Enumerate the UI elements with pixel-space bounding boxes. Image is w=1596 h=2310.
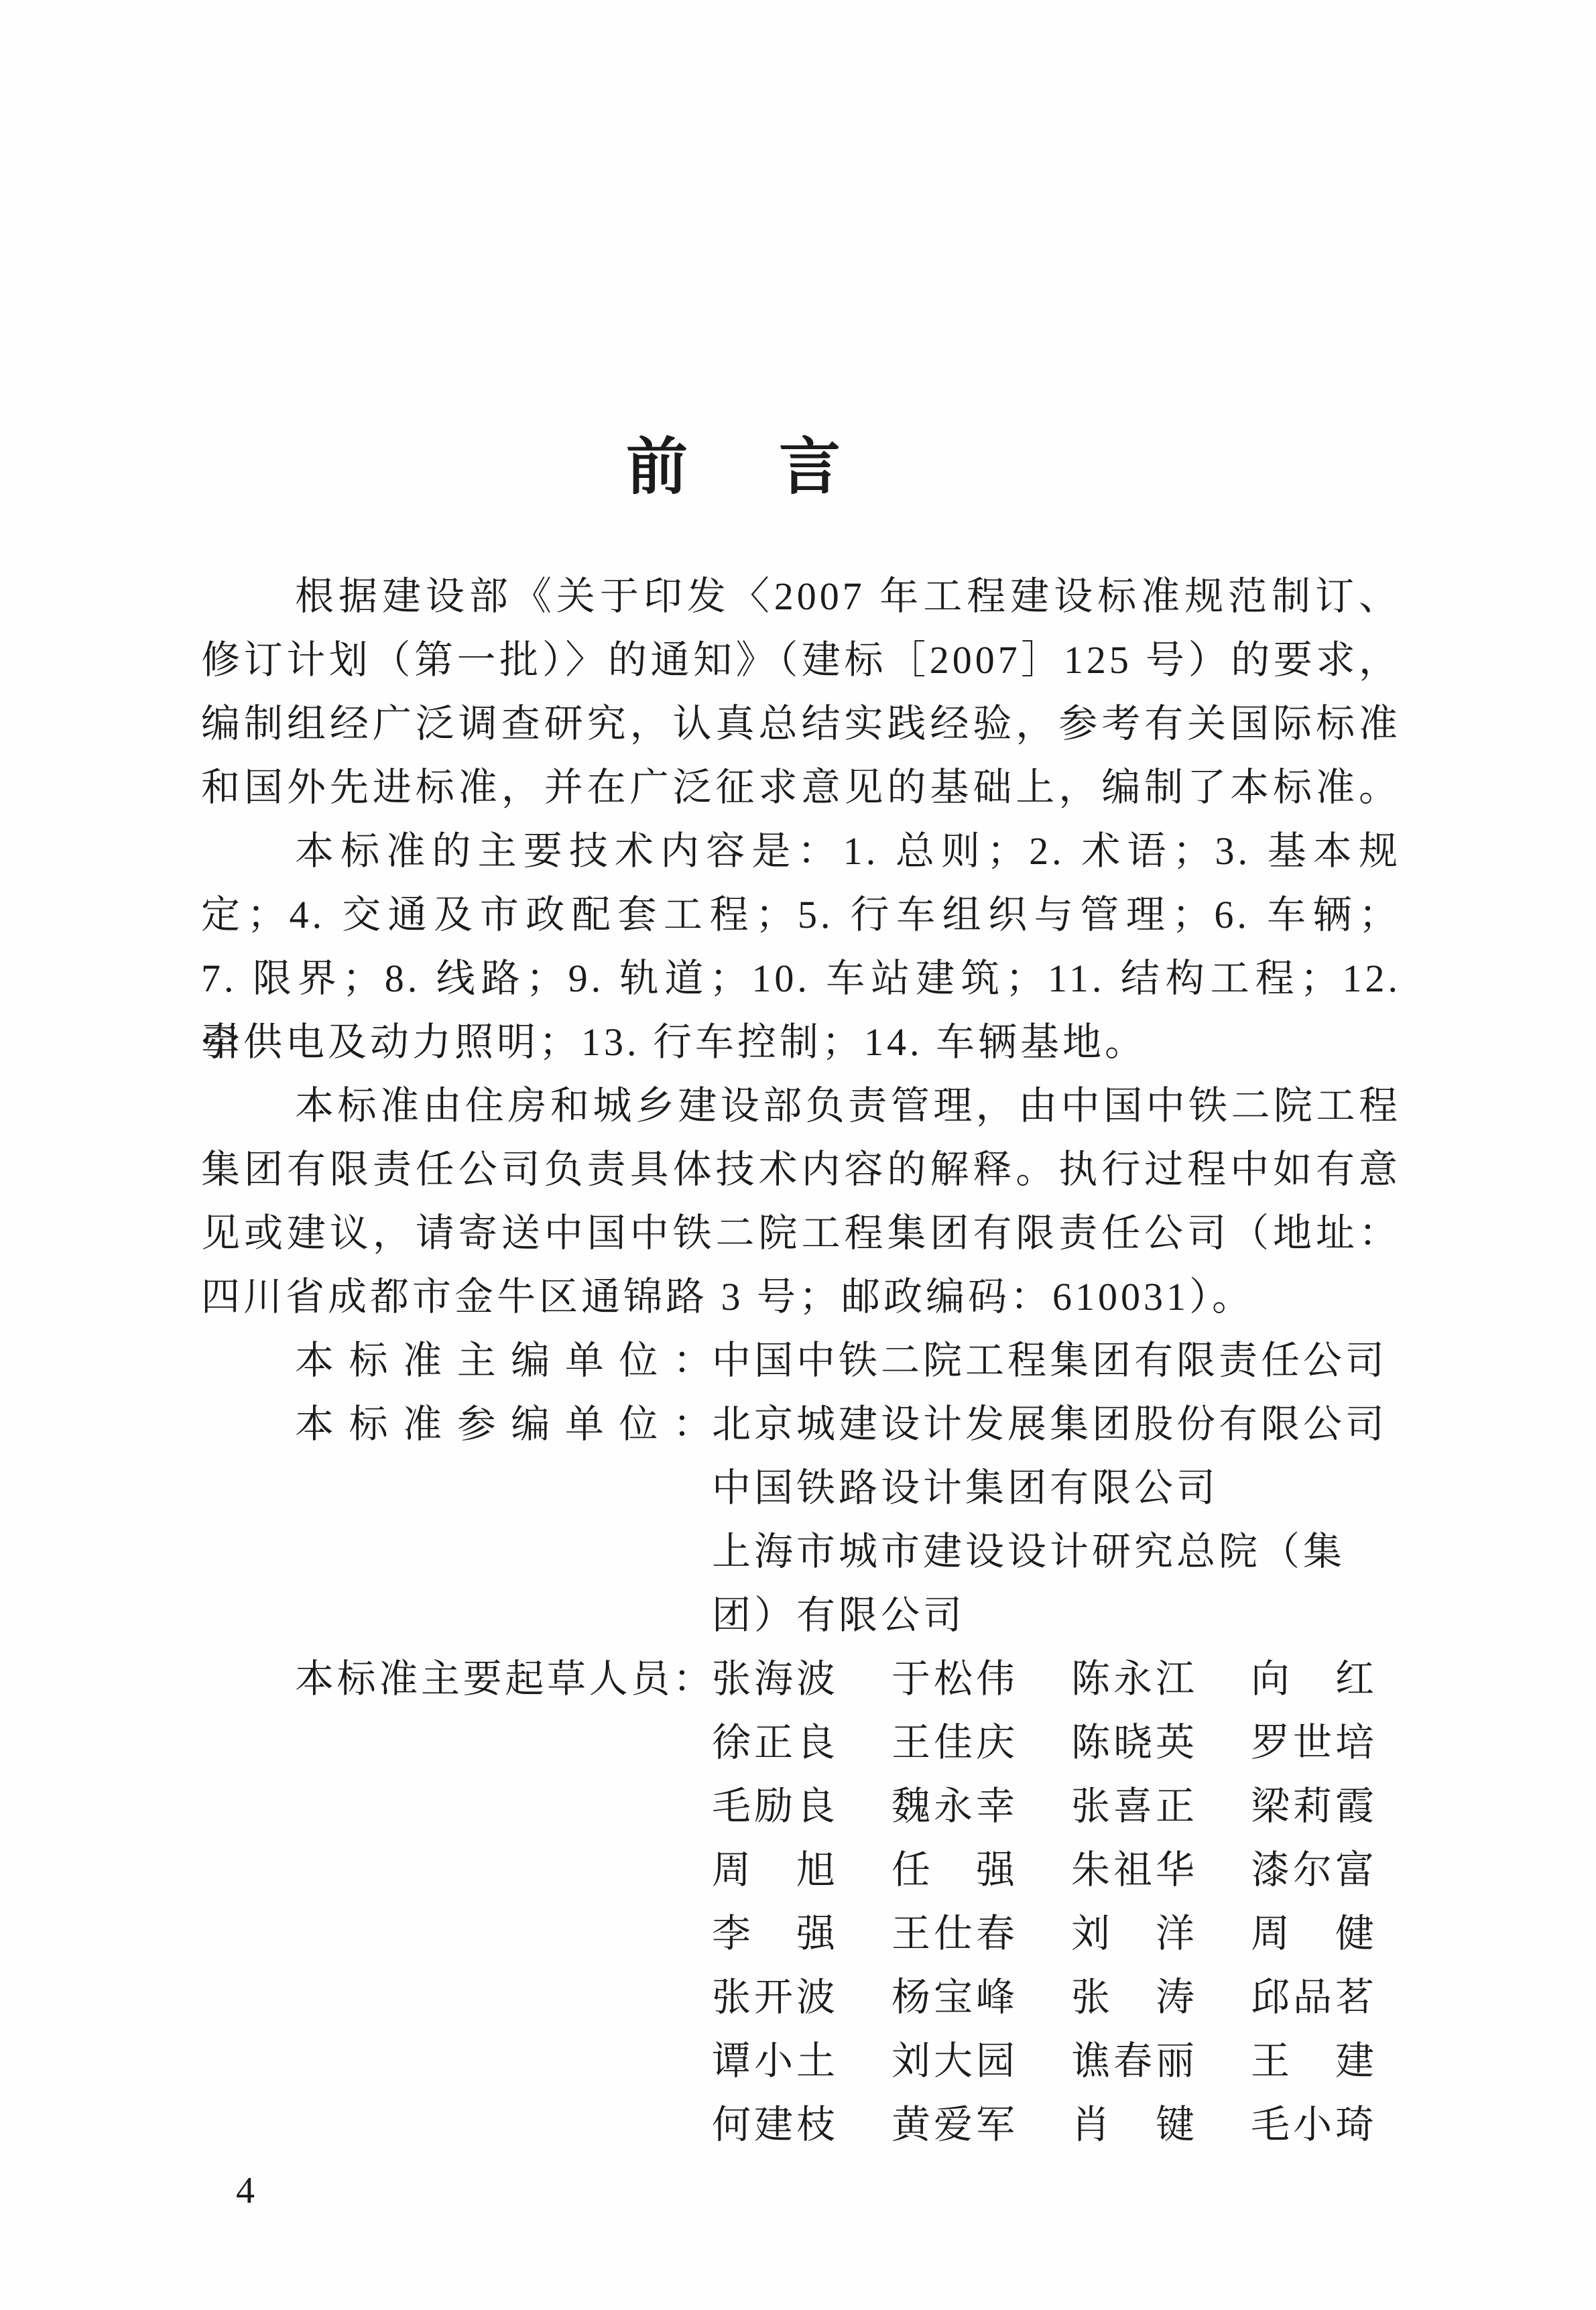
drafter-name: 周 旭 <box>712 1838 839 1902</box>
drafter-name: 何建枝 <box>712 2093 839 2156</box>
drafters-row: 张开波 杨宝峰 张 涛 邱品茗 <box>712 1965 1401 2029</box>
drafter-name: 谯春丽 <box>1071 2029 1199 2093</box>
page-title: 前 言 <box>201 429 1401 506</box>
drafter-name: 任 强 <box>892 1838 1019 1902</box>
paragraph-line: 和国外先进标准，并在广泛征求意见的基础上，编制了本标准。 <box>201 755 1401 819</box>
drafter-name: 谭小土 <box>712 2029 839 2093</box>
document-page: 前 言 根据建设部《关于印发〈2007 年工程建设标准规范制订、 修订计划（第一… <box>0 0 1596 2310</box>
paragraph-line: 编制组经广泛调查研究，认真总结实践经验，参考有关国际标准 <box>201 692 1401 755</box>
drafters-row: 毛励良 魏永幸 张喜正 梁莉霞 <box>712 1774 1401 1838</box>
drafter-name: 张喜正 <box>1071 1774 1199 1838</box>
chief-editor-line: 本标准主编单位： 中国中铁二院工程集团有限责任公司 <box>295 1329 1401 1392</box>
co-editor-value: 上海市城市建设设计研究总院（集 <box>712 1520 1401 1583</box>
paragraph-line: 四川省成都市金牛区通锦路 3 号；邮政编码：610031）。 <box>201 1265 1401 1329</box>
drafter-name: 陈晓英 <box>1071 1711 1199 1774</box>
paragraph-line: 见或建议，请寄送中国中铁二院工程集团有限责任公司（地址： <box>201 1201 1401 1265</box>
drafter-name: 张 涛 <box>1071 1965 1199 2029</box>
page-content: 根据建设部《关于印发〈2007 年工程建设标准规范制订、 修订计划（第一批）〉的… <box>201 564 1401 2156</box>
drafters-label: 本标准主要起草人员： <box>295 1647 712 1711</box>
drafter-name: 黄爱军 <box>892 2093 1019 2156</box>
drafter-name: 王佳庆 <box>892 1711 1019 1774</box>
drafter-name: 刘大园 <box>892 2029 1019 2093</box>
paragraph-line: 修订计划（第一批）〉的通知》（建标［2007］125 号）的要求， <box>201 628 1401 692</box>
drafter-name: 邱品茗 <box>1251 1965 1378 2029</box>
co-editor-value: 北京城建设计发展集团股份有限公司 <box>712 1392 1388 1456</box>
chief-editor-value: 中国中铁二院工程集团有限责任公司 <box>712 1329 1388 1392</box>
drafter-name: 张开波 <box>712 1965 839 2029</box>
drafters-row: 周 旭 任 强 朱祖华 漆尔富 <box>712 1838 1401 1902</box>
drafter-name: 向 红 <box>1251 1647 1378 1711</box>
co-editor-line: 本标准参编单位： 北京城建设计发展集团股份有限公司 <box>295 1392 1401 1456</box>
drafter-name: 周 健 <box>1251 1902 1378 1965</box>
paragraph-line: 引供电及动力照明；13. 行车控制；14. 车辆基地。 <box>201 1010 1401 1074</box>
drafters-row: 李 强 王仕春 刘 洋 周 健 <box>712 1902 1401 1965</box>
drafters-row: 谭小土 刘大园 谯春丽 王 建 <box>712 2029 1401 2093</box>
drafter-name: 朱祖华 <box>1071 1838 1199 1902</box>
drafter-name: 王 建 <box>1251 2029 1378 2093</box>
drafter-name: 李 强 <box>712 1902 839 1965</box>
drafters-row: 徐正良 王佳庆 陈晓英 罗世培 <box>712 1711 1401 1774</box>
paragraph-line: 根据建设部《关于印发〈2007 年工程建设标准规范制订、 <box>201 564 1401 628</box>
drafter-name: 于松伟 <box>892 1647 1019 1711</box>
drafter-name: 肖 键 <box>1071 2093 1199 2156</box>
drafter-name: 罗世培 <box>1251 1711 1378 1774</box>
drafter-name: 毛励良 <box>712 1774 839 1838</box>
co-editor-label: 本标准参编单位： <box>295 1392 712 1456</box>
drafter-name: 梁莉霞 <box>1251 1774 1378 1838</box>
drafter-name: 张海波 <box>712 1647 839 1711</box>
drafters-row: 何建枝 黄爱军 肖 键 毛小琦 <box>712 2093 1401 2156</box>
drafter-name: 杨宝峰 <box>892 1965 1019 2029</box>
drafter-name: 徐正良 <box>712 1711 839 1774</box>
drafter-name: 王仕春 <box>892 1902 1019 1965</box>
paragraph-line: 本标准由住房和城乡建设部负责管理，由中国中铁二院工程 <box>201 1074 1401 1138</box>
co-editor-value: 中国铁路设计集团有限公司 <box>712 1456 1401 1520</box>
drafter-name: 刘 洋 <box>1071 1902 1199 1965</box>
chief-editor-label: 本标准主编单位： <box>295 1329 712 1392</box>
paragraph-line: 7. 限界；8. 线路；9. 轨道；10. 车站建筑；11. 结构工程；12. … <box>201 947 1401 1010</box>
drafters-line: 本标准主要起草人员： 张海波 于松伟 陈永江 向 红 <box>295 1647 1401 1711</box>
drafter-name: 陈永江 <box>1071 1647 1199 1711</box>
drafter-name: 毛小琦 <box>1251 2093 1378 2156</box>
drafter-name: 漆尔富 <box>1251 1838 1378 1902</box>
paragraph-line: 集团有限责任公司负责具体技术内容的解释。执行过程中如有意 <box>201 1138 1401 1201</box>
paragraph-line: 本标准的主要技术内容是：1. 总则；2. 术语；3. 基本规 <box>201 819 1401 883</box>
paragraph-line: 定；4. 交通及市政配套工程；5. 行车组织与管理；6. 车辆； <box>201 883 1401 947</box>
page-number: 4 <box>236 2171 255 2211</box>
drafter-name: 魏永幸 <box>892 1774 1019 1838</box>
co-editor-value: 团）有限公司 <box>712 1583 1401 1647</box>
